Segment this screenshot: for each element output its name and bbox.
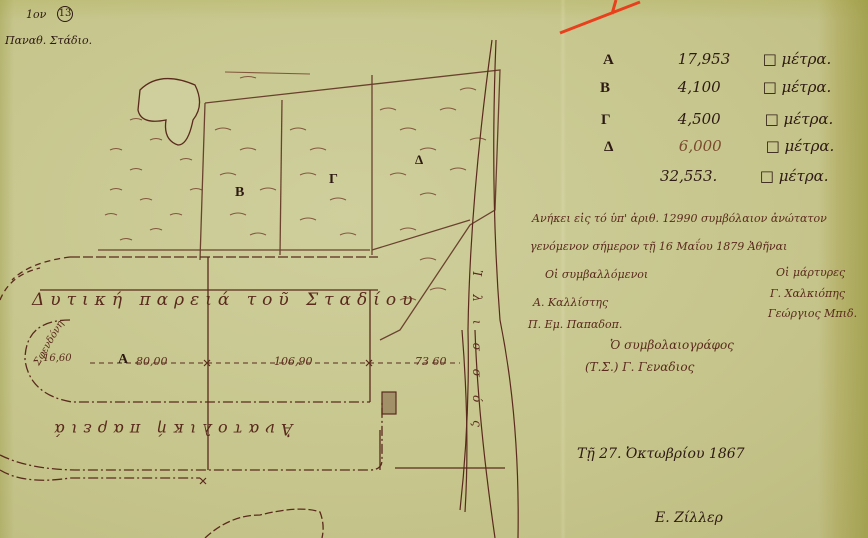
notary-title: Ὁ συμβολαιογράφος <box>610 338 734 352</box>
east-side-label-inverted: Ἀνατολική παρειά <box>48 420 293 439</box>
legend-value: 4,100 <box>678 78 758 96</box>
legend-row: Β 4,100 □ μέτρα. <box>600 78 831 97</box>
sheet-number: 1ον <box>26 8 46 21</box>
party-name-1: Α. Καλλίστης <box>533 296 608 309</box>
parties-heading: Οἱ συμβαλλόμενοι <box>545 268 648 281</box>
legend-total-value: 32,553. <box>660 167 755 185</box>
region-label-d: Δ <box>415 152 423 168</box>
west-side-label: Δυτική παρειά τοῦ Σταδίου <box>32 290 419 310</box>
document-title: Παναθ. Στάδιο. <box>5 34 92 47</box>
legend-unit: □ μέτρα. <box>765 110 834 128</box>
sphendone-width-label: 16,60 <box>43 353 72 364</box>
region-label-g: Γ <box>329 172 338 188</box>
legend-row: Α 17,953 □ μέτρα. <box>603 50 831 69</box>
surveyor-signature: Ε. Ζίλλερ <box>655 510 723 526</box>
legend-row: Γ 4,500 □ μέτρα. <box>601 110 833 129</box>
plan-date: Τῇ 27. Ὀκτωβρίου 1867 <box>577 446 745 462</box>
dimension-80: 80,00 <box>136 355 168 368</box>
witness-name-1: Γ. Χαλκιόπης <box>770 287 845 300</box>
legend-row-total: 32,553. □ μέτρα. <box>660 167 829 185</box>
red-pencil-mark <box>560 0 640 33</box>
legend-letter: Β <box>600 80 673 97</box>
legend-value: 17,953 <box>678 50 758 68</box>
legend-unit: □ μέτρα. <box>763 50 832 68</box>
note-line-1: Ανήκει εἰς τό ὑπ' ἀριθ. 12990 συμβόλαιον… <box>532 212 827 225</box>
dimension-73-60: 73 60 <box>415 355 447 368</box>
legend-value: 6,000 <box>679 137 761 155</box>
dimension-106-90: 106,90 <box>274 355 313 368</box>
legend-row: Δ 6,000 □ μέτρα. <box>604 137 834 156</box>
legend-unit: □ μέτρα. <box>760 167 829 185</box>
witnesses-heading: Οἱ μάρτυρες <box>776 266 845 279</box>
legend-letter: Α <box>603 52 673 69</box>
legend-value: 4,500 <box>678 110 760 128</box>
river-lines <box>460 40 518 538</box>
legend-letter: Γ <box>601 112 673 129</box>
legend-letter: Δ <box>604 139 674 156</box>
hill-summit <box>138 79 200 145</box>
region-label-b: Β <box>235 185 244 201</box>
witness-name-2: Γεώργιος Μπιδ. <box>768 307 857 320</box>
party-name-2: Π. Εμ. Παπαδοπ. <box>528 318 622 331</box>
river-label: Ἰλισσός <box>470 270 484 445</box>
note-line-2: γενόμενον σήμερον τῇ 16 Μαΐου 1879 Ἀθῆνα… <box>530 240 787 253</box>
region-label-a: Α <box>118 352 128 368</box>
legend-unit: □ μέτρα. <box>763 78 832 96</box>
circled-sheet-number: 13 <box>57 6 73 22</box>
notary-name: (Τ.Σ.) Γ. Γεναδιος <box>585 360 694 374</box>
legend-unit: □ μέτρα. <box>766 137 835 155</box>
